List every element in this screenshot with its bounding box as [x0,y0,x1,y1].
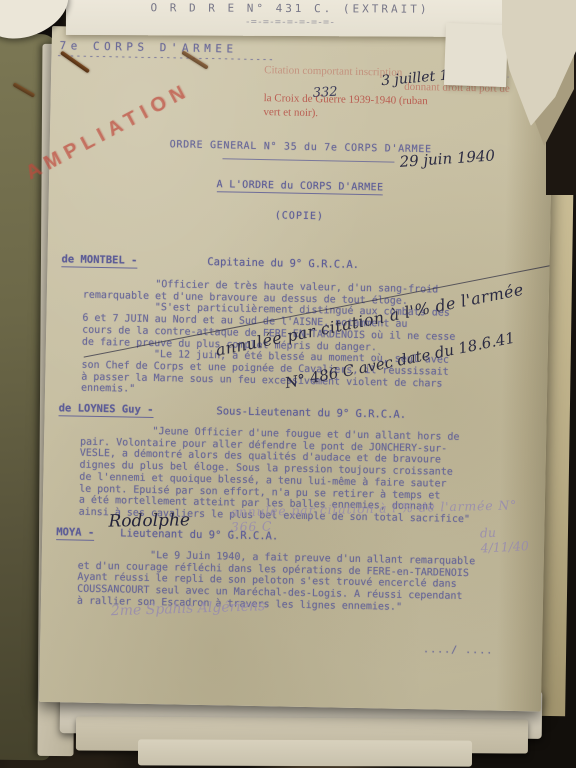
order-subtitle: A L'ORDRE du CORPS D'ARMEE [49,176,551,197]
citation-rank: Capitaine du 9° G.R.C.A. [207,256,359,273]
archive-photo-scene: 7e CORPS D'ARMEE -----------------------… [0,0,576,768]
continuation-mark: ..../ .... [423,644,493,656]
corps-header-underline: ---------------------------------- [56,51,274,65]
citation-name: de MONTBEL - [61,253,137,268]
citation-name: de LOYNES Guy - [59,402,154,418]
rear-order-title: O R D R E N° 431 C. (EXTRAIT) [66,1,514,16]
order-title-rule [222,158,394,162]
citation-section-montbel: de MONTBEL - Capitaine du 9° G.R.C.A. [61,253,359,273]
citation-name: MOYA - [56,526,94,541]
order-subtitle-text: A L'ORDRE du CORPS D'ARMEE [216,179,383,195]
citation-rank: Lieutenant du 9° G.R.C.A. [120,527,278,544]
paper-stack-sheet-3 [138,739,472,766]
copy-label: (COPIE) [48,206,550,227]
rear-sheet-tab [444,23,508,87]
citation-section-moya: MOYA - Lieutenant du 9° G.R.C.A. [56,526,278,544]
pencil-annotation-date: du 4/11/40 [480,522,545,555]
handwritten-registry-number: 332 [312,85,338,101]
citation-rank: Sous-Lieutenant du 9° G.R.C.A. [216,405,406,423]
citation-section-loynes: de LOYNES Guy - Sous-Lieutenant du 9° G.… [59,402,407,423]
